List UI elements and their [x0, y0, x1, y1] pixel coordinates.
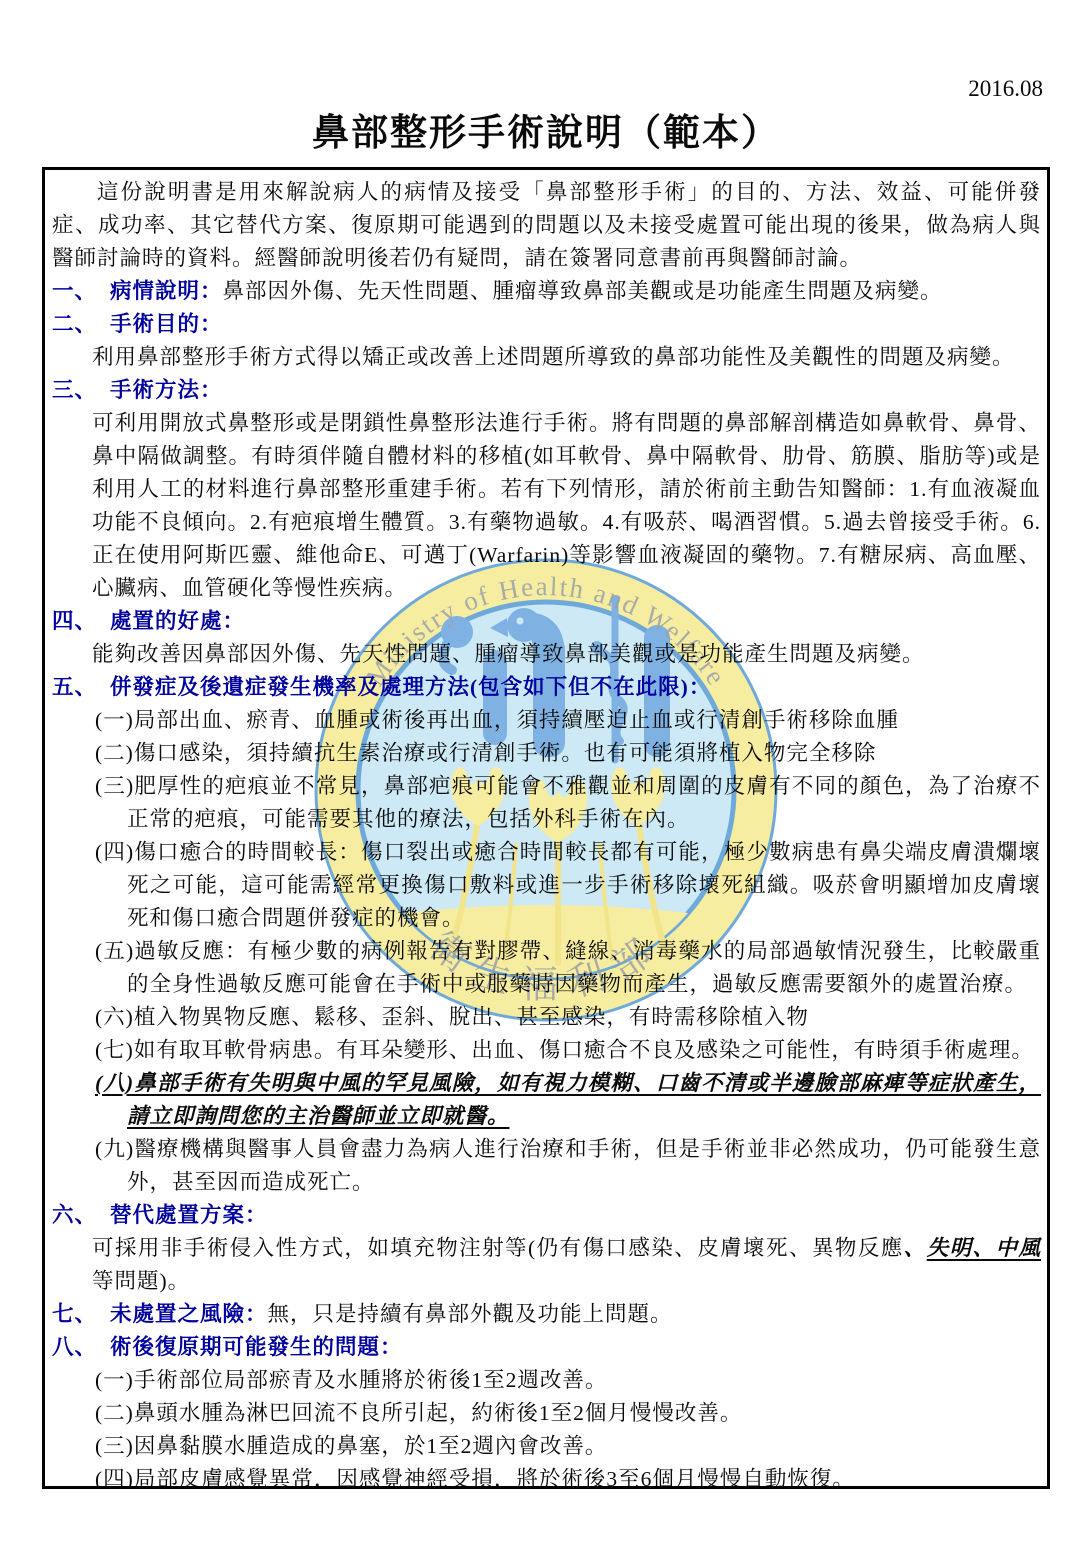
section-7-line: 七、未處置之風險：無，只是持續有鼻部外觀及功能上問題。	[52, 1298, 1041, 1331]
section-4-heading: 四、處置的好處：	[52, 605, 1041, 638]
section-1-title: 病情說明：	[110, 279, 223, 303]
section-6-separator: 、	[904, 1236, 927, 1260]
section-3-heading: 三、手術方法：	[52, 374, 1041, 407]
section-5-number: 五、	[52, 675, 97, 699]
section-8-title: 術後復原期可能發生的問題：	[110, 1335, 403, 1359]
section-3-title: 手術方法：	[110, 378, 223, 402]
section-6-number: 六、	[52, 1203, 97, 1227]
document-body: 這份說明書是用來解說病人的病情及接受「鼻部整形手術」的目的、方法、效益、可能併發…	[45, 170, 1047, 1489]
document-date: 2016.08	[968, 76, 1043, 102]
section-4-number: 四、	[52, 609, 97, 633]
section-5-item-3: (三)肥厚性的疤痕並不常見，鼻部疤痕可能會不雅觀並和周圍的皮膚有不同的顏色，為了…	[95, 770, 1041, 836]
intro-paragraph: 這份說明書是用來解說病人的病情及接受「鼻部整形手術」的目的、方法、效益、可能併發…	[52, 176, 1041, 275]
section-2-number: 二、	[52, 312, 97, 336]
page-title: 鼻部整形手術說明（範本）	[0, 102, 1092, 156]
section-1-number: 一、	[52, 279, 97, 303]
content-box: Ministry of Health and Welfare 衛生福利部 這份說…	[42, 167, 1050, 1489]
section-4-body: 能夠改善因鼻部因外傷、先天性問題、腫瘤導致鼻部美觀或是功能產生問題及病變。	[92, 638, 1041, 671]
section-8-item-2: (二)鼻頭水腫為淋巴回流不良所引起，約術後1至2個月慢慢改善。	[95, 1397, 1041, 1430]
section-7-number: 七、	[52, 1302, 97, 1326]
section-8-item-4: (四)局部皮膚感覺異常，因感覺神經受損，將於術後3至6個月慢慢自動恢復。	[95, 1463, 1041, 1489]
section-7-title: 未處置之風險：	[110, 1302, 268, 1326]
section-5-item-8-warning: (八)鼻部手術有失明與中風的罕見風險，如有視力模糊、口齒不清或半邊臉部麻痺等症狀…	[95, 1067, 1041, 1133]
section-2-title: 手術目的：	[110, 312, 223, 336]
section-8-number: 八、	[52, 1335, 97, 1359]
section-6-text: 可採用非手術侵入性方式，如填充物注射等(仍有傷口感染、皮膚壞死、異物反應	[92, 1236, 904, 1260]
section-3-body: 可利用開放式鼻整形或是閉鎖性鼻整形法進行手術。將有問題的鼻部解剖構造如鼻軟骨、鼻…	[92, 407, 1041, 605]
section-2-body: 利用鼻部整形手術方式得以矯正或改善上述問題所導致的鼻部功能性及美觀性的問題及病變…	[92, 341, 1041, 374]
section-8-item-3: (三)因鼻黏膜水腫造成的鼻塞，於1至2週內會改善。	[95, 1430, 1041, 1463]
section-6-title: 替代處置方案：	[110, 1203, 268, 1227]
section-6-text-end: 等問題)。	[92, 1269, 190, 1293]
section-3-number: 三、	[52, 378, 97, 402]
section-6-heading: 六、替代處置方案：	[52, 1199, 1041, 1232]
section-7-text: 無，只是持續有鼻部外觀及功能上問題。	[268, 1302, 673, 1326]
document-page: { "page": { "date": "2016.08", "title": …	[0, 0, 1092, 1544]
section-2-heading: 二、手術目的：	[52, 308, 1041, 341]
section-1-line: 一、病情說明：鼻部因外傷、先天性問題、腫瘤導致鼻部美觀或是功能產生問題及病變。	[52, 275, 1041, 308]
section-1-text: 鼻部因外傷、先天性問題、腫瘤導致鼻部美觀或是功能產生問題及病變。	[223, 279, 943, 303]
section-5-item-1: (一)局部出血、瘀青、血腫或術後再出血，須持續壓迫止血或行清創手術移除血腫	[95, 704, 1041, 737]
section-5-item-6: (六)植入物異物反應、鬆移、歪斜、脫出、甚至感染，有時需移除植入物	[95, 1001, 1041, 1034]
section-8-item-1: (一)手術部位局部瘀青及水腫將於術後1至2週改善。	[95, 1364, 1041, 1397]
section-5-item-7: (七)如有取耳軟骨病患。有耳朵變形、出血、傷口癒合不良及感染之可能性，有時須手術…	[95, 1034, 1041, 1067]
section-5-item-9: (九)醫療機構與醫事人員會盡力為病人進行治療和手術，但是手術並非必然成功，仍可能…	[95, 1133, 1041, 1199]
section-6-emphasis: 失明、中風	[927, 1236, 1041, 1260]
section-8-heading: 八、術後復原期可能發生的問題：	[52, 1331, 1041, 1364]
section-4-title: 處置的好處：	[110, 609, 245, 633]
section-5-title: 併發症及後遺症發生機率及處理方法(包含如下但不在此限)：	[110, 675, 711, 699]
section-6-body: 可採用非手術侵入性方式，如填充物注射等(仍有傷口感染、皮膚壞死、異物反應、失明、…	[92, 1232, 1041, 1298]
section-5-item-5: (五)過敏反應：有極少數的病例報告有對膠帶、縫線、消毒藥水的局部過敏情況發生，比…	[95, 935, 1041, 1001]
section-5-item-4: (四)傷口癒合的時間較長：傷口裂出或癒合時間較長都有可能，極少數病患有鼻尖端皮膚…	[95, 836, 1041, 935]
section-5-heading: 五、併發症及後遺症發生機率及處理方法(包含如下但不在此限)：	[52, 671, 1041, 704]
section-5-item-2: (二)傷口感染，須持續抗生素治療或行清創手術。也有可能須將植入物完全移除	[95, 737, 1041, 770]
